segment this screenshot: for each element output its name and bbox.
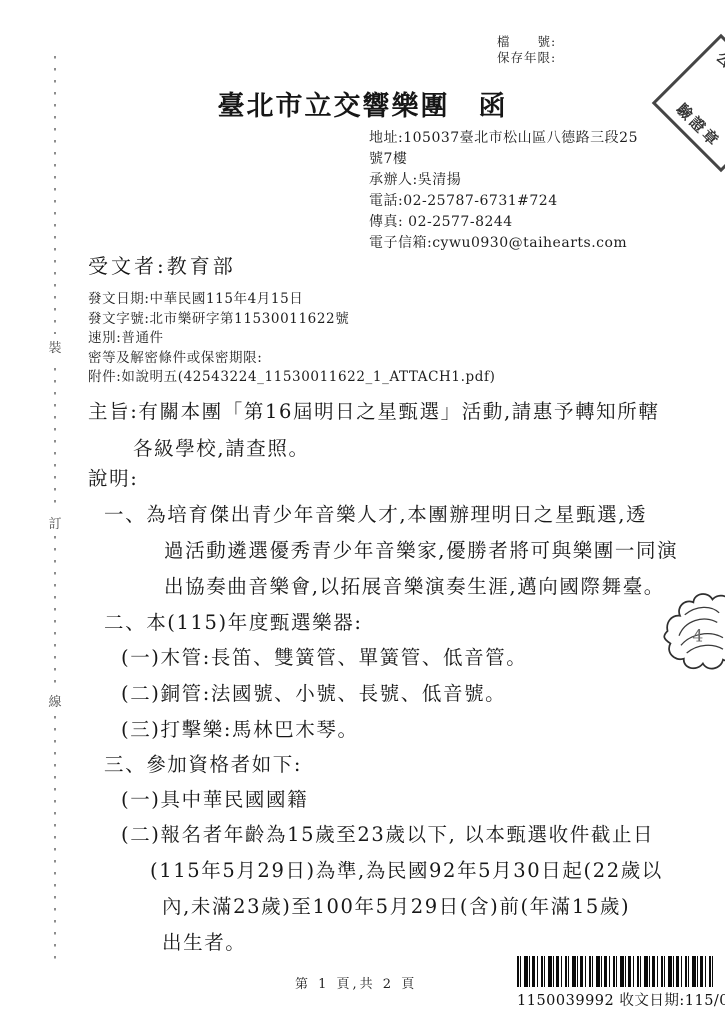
binding-mark-ding: 訂 xyxy=(46,510,64,535)
document-line: (三)打擊樂:馬林巴木琴。 xyxy=(121,714,359,742)
document-line: 二、本(115)年度甄選樂器: xyxy=(104,607,363,635)
contact-line: 電話:02-25787-6731#724 xyxy=(369,191,638,212)
document-line: 主旨:有關本團「第16屆明日之星甄選」活動,請惠予轉知所轄 xyxy=(88,396,659,424)
document-line: 三、參加資格者如下: xyxy=(104,749,302,777)
document-line: 說明: xyxy=(88,463,138,491)
seal-number: 4 xyxy=(692,627,703,647)
binding-mark-zhuang: 裝 xyxy=(46,334,64,359)
contact-line: 傳真: 02-2577-8244 xyxy=(369,212,638,233)
retention-period-label: 保存年限: xyxy=(497,50,556,66)
meta-line: 速別:普通件 xyxy=(88,329,495,349)
meta-line: 附件:如說明五(42543224_11530011622_1_ATTACH1.p… xyxy=(88,368,495,388)
official-letter-page: 檔 號: 保存年限: 公文電子 驗證章 臺北市立交響樂團 函 地址:105037… xyxy=(0,0,725,1024)
document-line: (二)報名者年齡為15歲至23歲以下, 以本甄選收件截止日 xyxy=(121,819,654,847)
meta-line: 發文字號:北市樂研字第11530011622號 xyxy=(88,310,495,330)
binding-dotted-line xyxy=(54,56,56,960)
meta-line: 發文日期:中華民國115年4月15日 xyxy=(88,290,495,310)
document-line: (115年5月29日)為準,為民國92年5月30日起(22歲以 xyxy=(150,855,663,883)
contact-line: 號7樓 xyxy=(369,149,638,170)
document-line: 內,未滿23歲)至100年5月29日(含)前(年滿15歲) xyxy=(162,891,630,919)
document-line: 出協奏曲音樂會,以拓展音樂演奏生涯,邁向國際舞臺。 xyxy=(164,571,665,599)
document-line: (一)具中華民國國籍 xyxy=(121,784,308,812)
seal-swirl xyxy=(685,607,719,614)
document-line: 出生者。 xyxy=(162,927,246,955)
recipient: 受文者:教育部 xyxy=(88,250,236,279)
document-line: (二)銅管:法國號、小號、長號、低音號。 xyxy=(121,678,506,706)
flower-seal-stamp: 4 xyxy=(658,588,725,674)
meta-line: 密等及解密條件或保密期限: xyxy=(88,349,495,369)
meta-block: 發文日期:中華民國115年4月15日發文字號:北市樂研字第11530011622… xyxy=(88,290,495,388)
binding-mark-xian: 線 xyxy=(46,688,64,713)
document-title: 臺北市立交響樂團 函 xyxy=(0,84,725,123)
document-line: 各級學校,請查照。 xyxy=(133,433,310,461)
file-number-block: 檔 號: 保存年限: xyxy=(497,34,556,65)
contact-block: 地址:105037臺北市松山區八德路三段25號7樓承辦人:吳清揚電話:02-25… xyxy=(369,128,638,254)
barcode xyxy=(517,956,716,987)
barcode-caption: 1150039992 收文日期:115/04/16 xyxy=(517,989,725,1010)
page-number: 第 1 頁,共 2 頁 xyxy=(295,973,417,992)
document-line: 過活動遴選優秀青少年音樂家,優勝者將可與樂團一同演 xyxy=(164,535,678,563)
contact-line: 電子信箱:cywu0930@taihearts.com xyxy=(369,233,638,254)
document-line: 一、為培育傑出青少年音樂人才,本團辦理明日之星甄選,透 xyxy=(104,499,647,527)
file-number-label: 檔 號: xyxy=(497,34,556,50)
contact-line: 地址:105037臺北市松山區八德路三段25 xyxy=(369,128,638,149)
document-line: (一)木管:長笛、雙簧管、單簧管、低音管。 xyxy=(121,642,527,670)
contact-line: 承辦人:吳清揚 xyxy=(369,170,638,191)
